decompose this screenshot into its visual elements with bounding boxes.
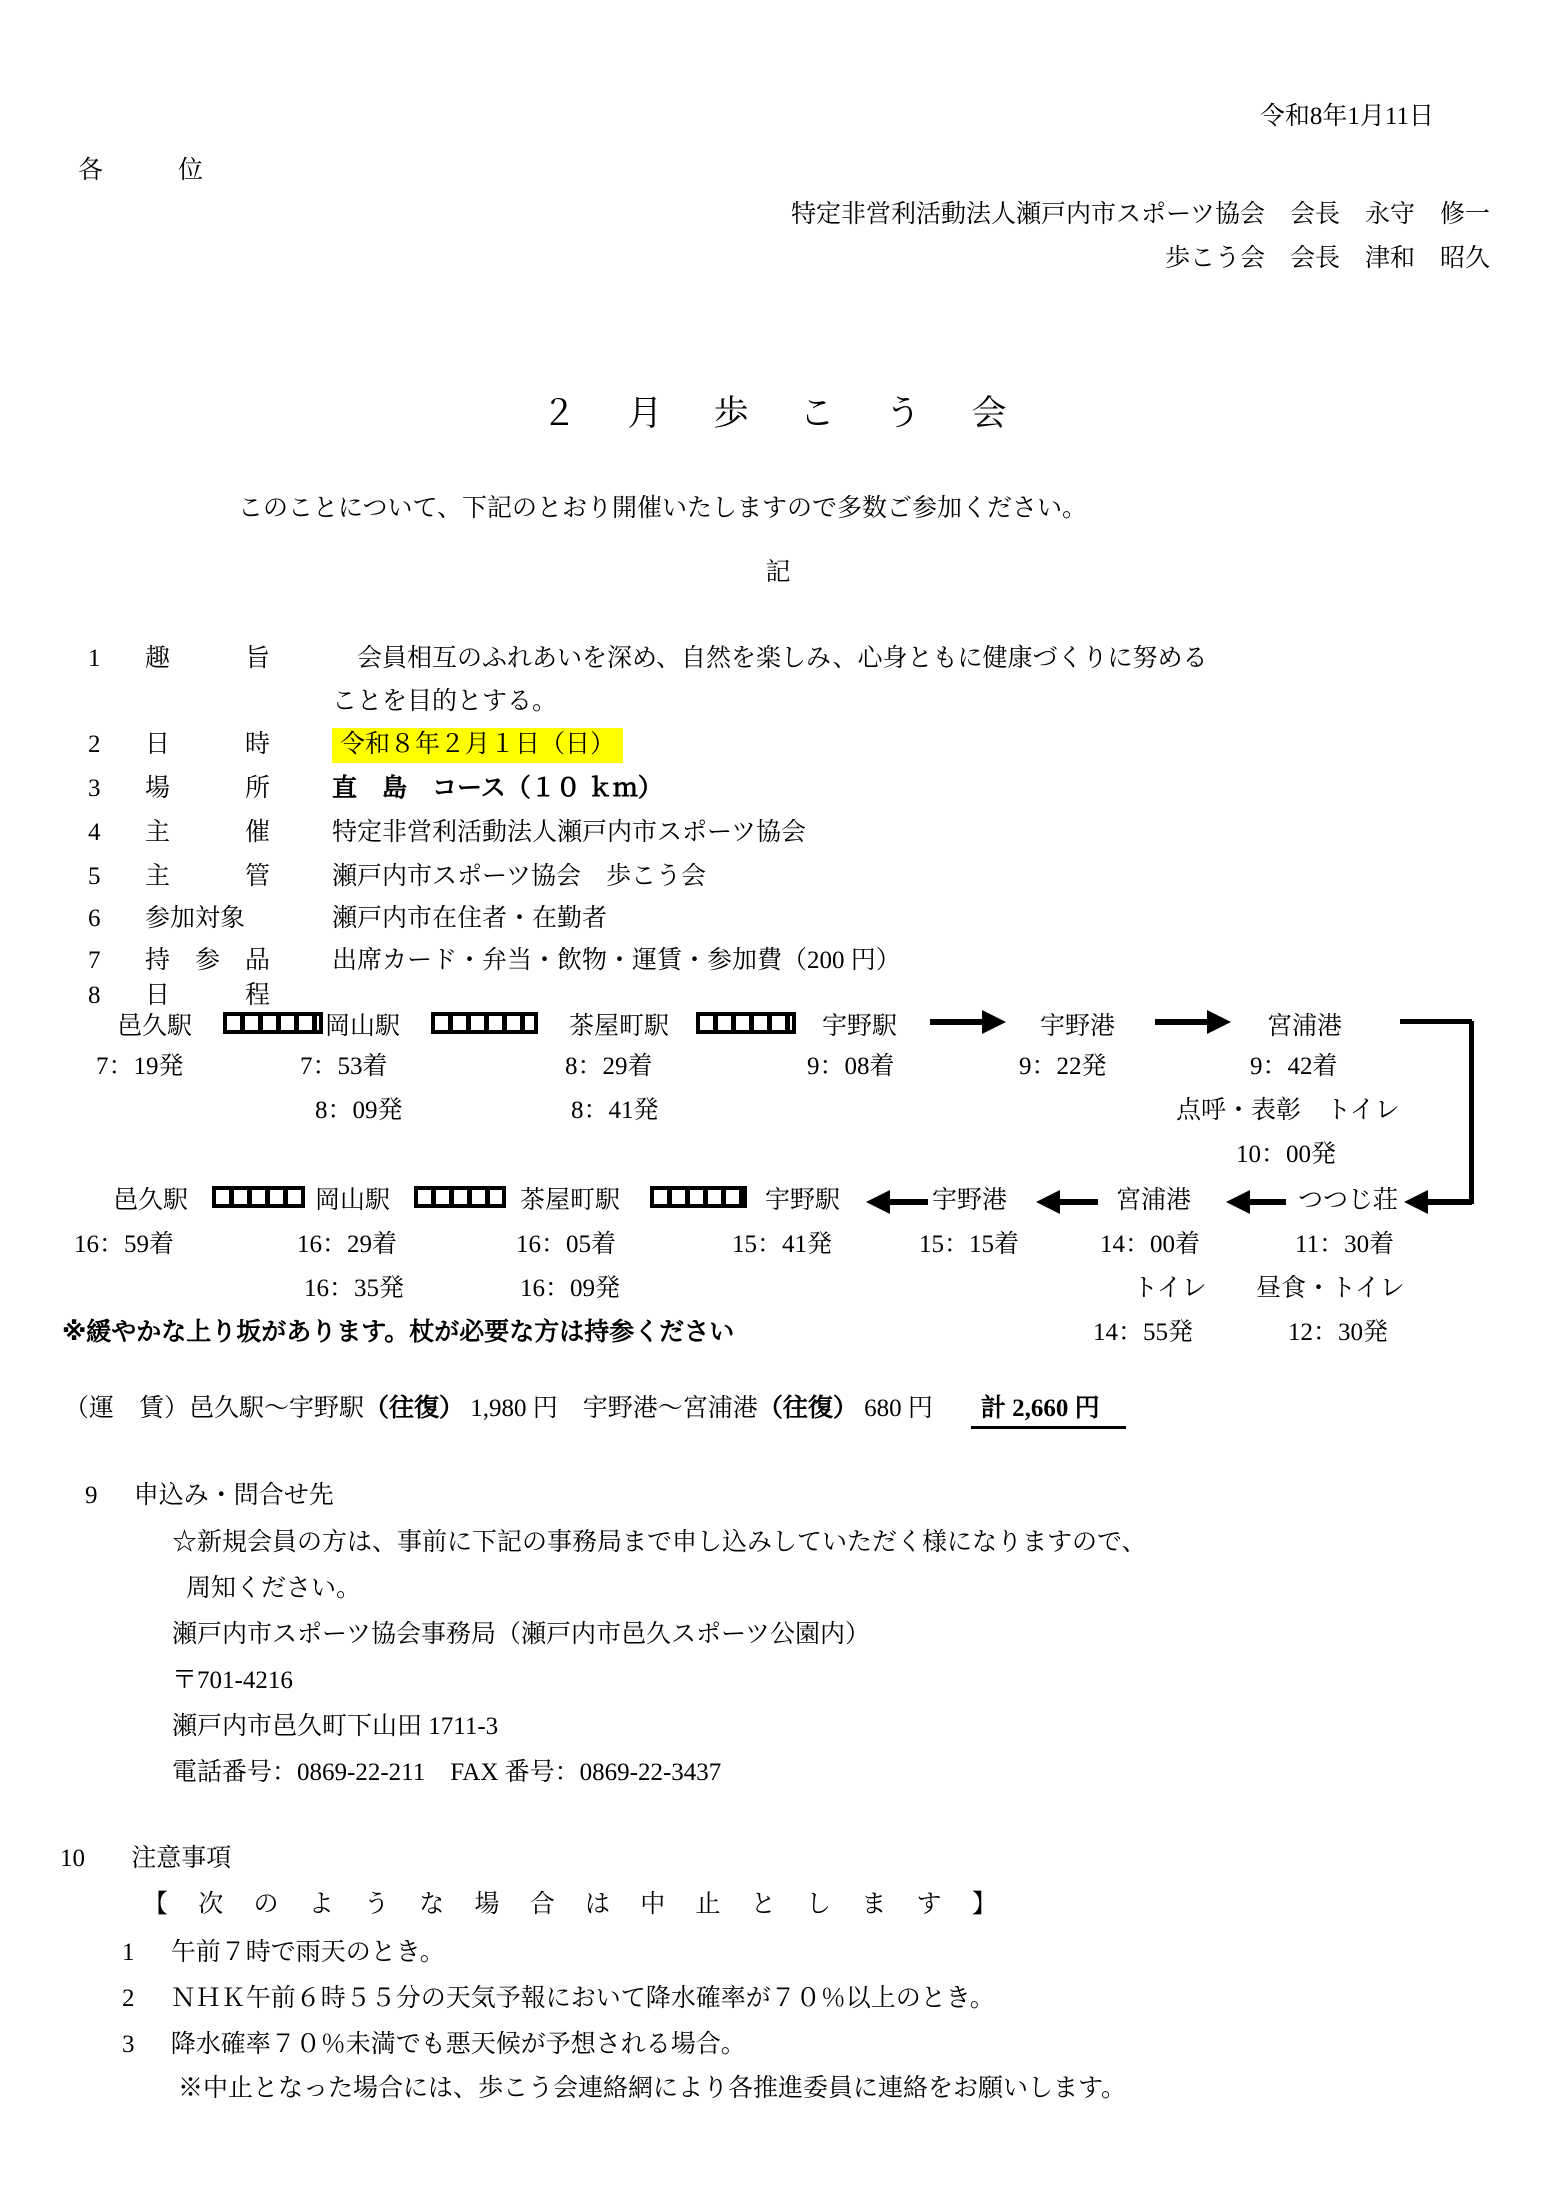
station-label: 宇野港 bbox=[932, 1180, 1007, 1216]
railway-line-icon bbox=[650, 1186, 747, 1208]
arrow-left-elbow-icon bbox=[1404, 1190, 1472, 1214]
item-value: 会員相互のふれあいを深め、自然を楽しみ、心身ともに健康づくりに努める bbox=[332, 645, 1208, 672]
item-label: 持 参 品 bbox=[145, 940, 332, 976]
item-number: 6 bbox=[88, 905, 145, 933]
station-label: 岡山駅 bbox=[325, 1006, 400, 1042]
station-label: 邑久駅 bbox=[117, 1006, 192, 1042]
arrow-left-icon bbox=[1226, 1190, 1286, 1214]
item-label: 趣 旨 bbox=[145, 638, 332, 674]
item-row: 2日 時令和８年２月１日（日） bbox=[88, 724, 623, 760]
section-9-line: 周知ください。 bbox=[186, 1568, 361, 1604]
notice-item: 2 ＮＨＫ午前６時５５分の天気予報において降水確率が７０％以上のとき。 bbox=[122, 1978, 995, 2014]
item-value: 特定非営利活動法人瀬戸内市スポーツ協会 bbox=[332, 819, 806, 846]
fare-total: 計 2,660 円 bbox=[971, 1395, 1126, 1429]
item-number: 5 bbox=[88, 863, 145, 891]
railway-line-icon bbox=[414, 1186, 506, 1208]
phone-fax: 電話番号：0869-22-211 FAX 番号：0869-22-3437 bbox=[172, 1752, 721, 1788]
time-label: 8：09発 bbox=[315, 1090, 403, 1126]
time-label: 16：29着 bbox=[297, 1224, 397, 1260]
item-row: 3場 所直 島 コース（１０ ｋｍ） bbox=[88, 768, 663, 804]
fare-amount: 1,980 円 bbox=[464, 1395, 583, 1422]
time-label: 9：42着 bbox=[1250, 1046, 1338, 1082]
item-label: 参加対象 bbox=[145, 898, 332, 934]
cancel-conditions-heading: 【 次 の よ う な 場 合 は 中 止 と し ま す 】 bbox=[143, 1884, 1009, 1920]
time-label: 7：53着 bbox=[300, 1046, 388, 1082]
time-label: 16：09発 bbox=[520, 1268, 620, 1304]
notice-number: 3 bbox=[122, 2031, 135, 2058]
item-value: 瀬戸内市在住者・在勤者 bbox=[332, 905, 607, 932]
slope-warning-note: ※緩やかな上り坂があります。杖が必要な方は持参ください bbox=[62, 1312, 734, 1348]
notice-text: 降水確率７０％未満でも悪天候が予想される場合。 bbox=[171, 2031, 746, 2058]
addressee: 各 位 bbox=[78, 150, 203, 186]
notice-text: 午前７時で雨天のとき。 bbox=[171, 1939, 445, 1966]
item-value: 直 島 コース（１０ ｋｍ） bbox=[332, 774, 663, 802]
item-label: 主 催 bbox=[145, 812, 332, 848]
time-label: 7：19発 bbox=[96, 1046, 184, 1082]
time-label: 16：05着 bbox=[516, 1224, 616, 1260]
station-label: 邑久駅 bbox=[113, 1180, 188, 1216]
connector-line bbox=[1400, 1019, 1472, 1024]
notice-text: ＮＨＫ午前６時５５分の天気予報において降水確率が７０％以上のとき。 bbox=[171, 1985, 995, 2012]
railway-line-icon bbox=[431, 1012, 538, 1034]
postal-code: 〒701-4216 bbox=[172, 1660, 293, 1696]
item-row: 6参加対象瀬戸内市在住者・在勤者 bbox=[88, 898, 607, 934]
time-label: 9：08着 bbox=[807, 1046, 895, 1082]
item-value: 瀬戸内市スポーツ協会 歩こう会 bbox=[332, 863, 706, 890]
org-president-line: 特定非営利活動法人瀬戸内市スポーツ協会 会長 永守 修一 bbox=[791, 194, 1490, 230]
office-address: 瀬戸内市邑久町下山田 1711-3 bbox=[172, 1706, 498, 1742]
section-9-line: ☆新規会員の方は、事前に下記の事務局まで申し込みしていただく様になりますので、 bbox=[172, 1522, 1147, 1558]
item-row: 7持 参 品出席カード・弁当・飲物・運賃・参加費（200 円） bbox=[88, 940, 901, 976]
ki-marker: 記 bbox=[0, 552, 1556, 588]
station-label: 宮浦港 bbox=[1116, 1180, 1191, 1216]
arrow-right-icon bbox=[930, 1010, 1006, 1034]
item-value: 出席カード・弁当・飲物・運賃・参加費（200 円） bbox=[332, 947, 901, 974]
office-name: 瀬戸内市スポーツ協会事務局（瀬戸内市邑久スポーツ公園内） bbox=[172, 1614, 870, 1650]
notice-item: 1 午前７時で雨天のとき。 bbox=[122, 1932, 445, 1968]
fare-prefix: （運 賃）邑久駅～宇野駅 bbox=[64, 1395, 364, 1422]
railway-line-icon bbox=[223, 1012, 323, 1034]
notice-item: 3 降水確率７０％未満でも悪天候が予想される場合。 bbox=[122, 2024, 746, 2060]
item-value-line2: ことを目的とする。 bbox=[332, 681, 557, 717]
time-label: 12：30発 bbox=[1288, 1312, 1388, 1348]
item-number: 2 bbox=[88, 731, 145, 759]
time-label: 15：15着 bbox=[919, 1224, 1019, 1260]
item-label: 場 所 bbox=[145, 768, 332, 804]
item-number: 1 bbox=[88, 645, 145, 673]
fare-roundtrip: （往復） bbox=[758, 1395, 858, 1422]
time-label: 16：35発 bbox=[304, 1268, 404, 1304]
item-label: 主 管 bbox=[145, 856, 332, 892]
time-label: 8：29着 bbox=[565, 1046, 653, 1082]
station-label: 茶屋町駅 bbox=[569, 1006, 669, 1042]
intro-text: このことについて、下記のとおり開催いたしますので多数ご参加ください。 bbox=[238, 488, 1087, 524]
item-row: 5主 管瀬戸内市スポーツ協会 歩こう会 bbox=[88, 856, 706, 892]
time-label: 9：22発 bbox=[1019, 1046, 1107, 1082]
arrow-left-icon bbox=[866, 1190, 928, 1214]
toilet-note: トイレ bbox=[1133, 1268, 1207, 1304]
time-label: 14：00着 bbox=[1100, 1224, 1200, 1260]
fare-mid: 宇野港～宮浦港 bbox=[583, 1395, 758, 1422]
rollcall-note: 点呼・表彰 bbox=[1176, 1090, 1301, 1126]
time-label: 16：59着 bbox=[74, 1224, 174, 1260]
page-title: ２ 月 歩 こ う 会 bbox=[0, 386, 1556, 436]
section-title: 注意事項 bbox=[131, 1845, 231, 1872]
cancel-contact-note: ※中止となった場合には、歩こう会連絡網により各推進委員に連絡をお願いします。 bbox=[178, 2068, 1126, 2104]
railway-line-icon bbox=[696, 1012, 796, 1034]
lunch-toilet-note: 昼食・トイレ bbox=[1256, 1268, 1405, 1304]
section-number: 9 bbox=[85, 1482, 98, 1509]
connector-line bbox=[1469, 1021, 1474, 1204]
time-label: 11：30着 bbox=[1295, 1224, 1394, 1260]
time-label: 15：41発 bbox=[732, 1224, 832, 1260]
toilet-note: トイレ bbox=[1326, 1090, 1400, 1126]
fare-roundtrip: （往復） bbox=[364, 1395, 464, 1422]
item-label: 日 時 bbox=[145, 724, 332, 760]
notice-number: 2 bbox=[122, 1985, 135, 2012]
fare-line: （運 賃）邑久駅～宇野駅（往復） 1,980 円 宇野港～宮浦港（往復） 680… bbox=[64, 1388, 1126, 1424]
section-9-header: 9 申込み・問合せ先 bbox=[85, 1475, 334, 1511]
station-label: 岡山駅 bbox=[315, 1180, 390, 1216]
item-number: 7 bbox=[88, 947, 145, 975]
section-number: 10 bbox=[60, 1845, 85, 1872]
time-label: 14：55発 bbox=[1093, 1312, 1193, 1348]
railway-line-icon bbox=[212, 1186, 305, 1208]
station-label: 宇野駅 bbox=[822, 1006, 897, 1042]
notice-number: 1 bbox=[122, 1939, 135, 1966]
station-label: 宇野港 bbox=[1040, 1006, 1115, 1042]
arrow-right-icon bbox=[1155, 1010, 1231, 1034]
station-label: 宮浦港 bbox=[1267, 1006, 1342, 1042]
station-label: 宇野駅 bbox=[765, 1180, 840, 1216]
section-title: 申込み・問合せ先 bbox=[134, 1482, 334, 1509]
item-number: 4 bbox=[88, 819, 145, 847]
fare-amount: 680 円 bbox=[858, 1395, 933, 1422]
station-label: 茶屋町駅 bbox=[520, 1180, 620, 1216]
time-label: 10：00発 bbox=[1236, 1134, 1336, 1170]
time-label: 8：41発 bbox=[571, 1090, 659, 1126]
date-highlight: 令和８年２月１日（日） bbox=[332, 728, 623, 763]
item-number: 3 bbox=[88, 775, 145, 803]
club-president-line: 歩こう会 会長 津和 昭久 bbox=[1165, 238, 1490, 274]
document-page: 令和8年1月11日 各 位 特定非営利活動法人瀬戸内市スポーツ協会 会長 永守 … bbox=[0, 0, 1556, 2200]
station-label: つつじ荘 bbox=[1298, 1180, 1398, 1216]
item-row: 4主 催特定非営利活動法人瀬戸内市スポーツ協会 bbox=[88, 812, 806, 848]
document-date: 令和8年1月11日 bbox=[1260, 96, 1434, 132]
arrow-left-icon bbox=[1036, 1190, 1098, 1214]
section-10-header: 10 注意事項 bbox=[60, 1838, 231, 1874]
item-row: 1趣 旨 会員相互のふれあいを深め、自然を楽しみ、心身ともに健康づくりに努める bbox=[88, 638, 1208, 674]
